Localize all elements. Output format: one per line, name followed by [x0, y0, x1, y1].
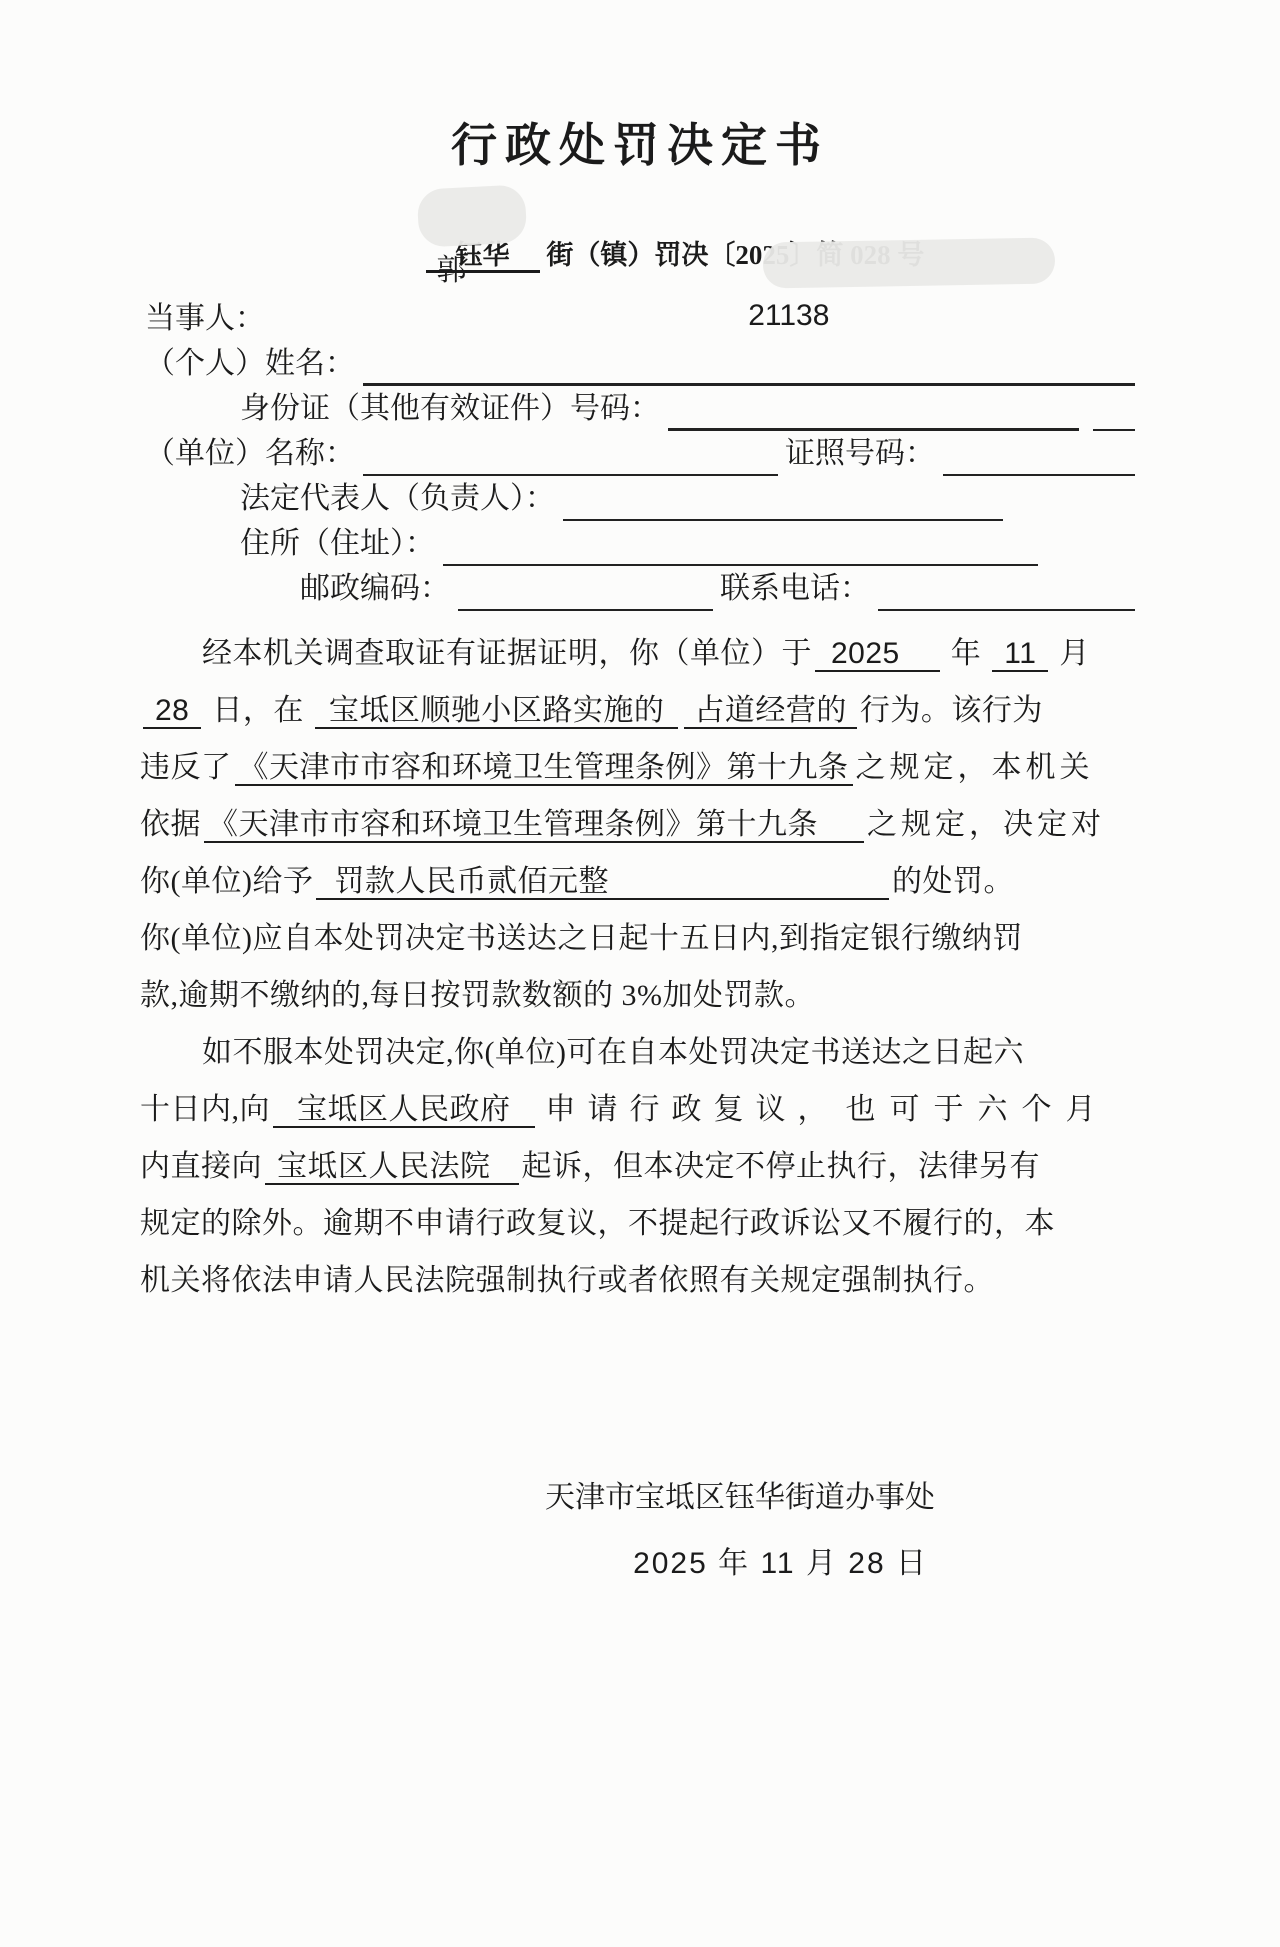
body-text: 内直接向: [140, 1150, 262, 1183]
body-line: 规定的除外。逾期不申请行政复议，不提起行政诉讼又不履行的，本: [140, 1195, 1135, 1252]
body-text: 年: [951, 637, 982, 670]
legal-rep-label: 法定代表人（负责人）：: [240, 476, 563, 521]
body-line: 你(单位)应自本处罚决定书送达之日起十五日内,到指定银行缴纳罚: [140, 910, 1135, 967]
body-text: 的处罚。: [892, 865, 1014, 898]
fill-court: 宝坻区人民法院: [265, 1150, 519, 1185]
fill-regulation-2: 《天津市市容和环境卫生管理条例》第十九条: [204, 808, 864, 843]
unit-name-label: 名称：: [265, 431, 363, 476]
body-text: 行为。该行为: [860, 694, 1043, 727]
penalty-decision-document: 行政处罚决定书 钰华 街（镇）罚决〔2025〕简 028 号 当事人： （个人）…: [0, 0, 1280, 1947]
license-blank: [943, 429, 1136, 476]
name-value: 郭: [437, 254, 467, 287]
body-line: 如不服本处罚决定,你(单位)可在自本处罚决定书送达之日起六: [140, 1024, 1135, 1081]
body-text: 如不服本处罚决定,你(单位)可在自本处罚决定书送达之日起六: [202, 1036, 1024, 1069]
name-redaction-blur: [416, 184, 527, 248]
fill-regulation-1: 《天津市市容和环境卫生管理条例》第十九条: [235, 751, 853, 786]
phone-label: 联系电话：: [713, 566, 878, 611]
legal-rep-blank: [563, 474, 1003, 521]
fill-violation: 占道经营的: [684, 694, 857, 729]
id-row: 身份证（其他有效证件）号码： 21138: [145, 386, 1135, 431]
issuing-agency: 天津市宝坻区钰华街道办事处: [0, 1477, 935, 1519]
body-line: 经本机关调查取证有证据证明，你（单位）于2025年11月: [140, 625, 1135, 682]
body-line: 28日，在宝坻区顺驰小区路实施的占道经营的行为。该行为: [140, 682, 1135, 739]
party-info-section: 当事人： （个人） 姓名： 郭 身份证（其他有效证件）号码： 21138 （单位…: [145, 296, 1135, 611]
license-label: 证照号码：: [778, 431, 943, 476]
body-text: 你(单位)应自本处罚决定书送达之日起十五日内,到指定银行缴纳罚: [140, 922, 1023, 955]
body-text: 款,逾期不缴纳的,每日按罚款数额的 3%加处罚款。: [140, 979, 815, 1012]
unit-name-blank: [363, 429, 778, 476]
document-title: 行政处罚决定书: [0, 0, 1280, 178]
body-line: 内直接向宝坻区人民法院起诉，但本决定不停止执行，法律另有: [140, 1138, 1135, 1195]
legal-rep-row: 法定代表人（负责人）：: [145, 476, 1135, 521]
fill-review-authority: 宝坻区人民政府: [273, 1093, 535, 1128]
address-label: 住所（住址）：: [240, 521, 443, 566]
address-blank: [443, 519, 1038, 566]
id-label: 身份证（其他有效证件）号码：: [240, 386, 668, 431]
body-text: 你(单位)给予: [140, 865, 313, 898]
phone-blank: [878, 564, 1136, 611]
body-text: 依据: [140, 808, 201, 841]
decision-body: 经本机关调查取证有证据证明，你（单位）于2025年11月 28日，在宝坻区顺驰小…: [140, 625, 1135, 1309]
id-short-blank: [1093, 384, 1135, 431]
body-text: 之规定，决定对: [867, 808, 1105, 841]
body-line: 依据《天津市市容和环境卫生管理条例》第十九条之规定，决定对: [140, 796, 1135, 853]
fill-date-year: 2025: [815, 637, 940, 672]
postal-label: 邮政编码：: [300, 566, 458, 611]
body-line: 你(单位)给予罚款人民币贰佰元整的处罚。: [140, 853, 1135, 910]
postal-phone-row: 邮政编码： 联系电话：: [145, 566, 1135, 611]
body-text: 也可于六个月: [846, 1093, 1110, 1126]
body-line: 款,逾期不缴纳的,每日按罚款数额的 3%加处罚款。: [140, 967, 1135, 1024]
body-text: 日，在: [212, 694, 304, 727]
body-text: 十日内,向: [140, 1093, 270, 1126]
issue-date: 2025 年 11 月 28 日: [0, 1543, 928, 1585]
body-text: 起诉，但本决定不停止执行，法律另有: [522, 1150, 1041, 1183]
address-row: 住所（住址）：: [145, 521, 1135, 566]
body-line: 违反了《天津市市容和环境卫生管理条例》第十九条之规定，本机关: [140, 739, 1135, 796]
id-redaction-blur: [762, 237, 1055, 288]
body-line: 机关将依法申请人民法院强制执行或者依照有关规定强制执行。: [140, 1252, 1135, 1309]
id-blank-line: 21138: [668, 248, 1080, 431]
signature-block: 天津市宝坻区钰华街道办事处 2025 年 11 月 28 日: [0, 1477, 1280, 1585]
individual-label: （个人）: [145, 341, 265, 386]
body-text: 之规定，本机关: [856, 751, 1094, 784]
fill-location: 宝坻区顺驰小区路实施的: [315, 694, 679, 729]
postal-blank: [458, 564, 713, 611]
unit-label: （单位）: [145, 431, 265, 476]
fill-date-month: 11: [992, 637, 1048, 672]
party-label: 当事人：: [145, 296, 265, 341]
body-text: 违反了: [140, 751, 232, 784]
body-text: 规定的除外。逾期不申请行政复议，不提起行政诉讼又不履行的，本: [140, 1207, 1055, 1240]
id-value: 21138: [748, 299, 829, 332]
body-text: 月: [1059, 637, 1090, 670]
name-label: 姓名：: [265, 341, 363, 386]
body-line: 十日内,向宝坻区人民政府申请行政复议，也可于六个月: [140, 1081, 1135, 1138]
fill-penalty-amount: 罚款人民币贰佰元整: [316, 865, 889, 900]
body-text: 申请行政复议，: [546, 1093, 840, 1126]
body-text: 机关将依法申请人民法院强制执行或者依照有关规定强制执行。: [140, 1264, 994, 1297]
unit-row: （单位） 名称： 证照号码：: [145, 431, 1135, 476]
fill-date-day: 28: [143, 694, 201, 729]
body-text: 经本机关调查取证有证据证明，你（单位）于: [202, 637, 812, 670]
